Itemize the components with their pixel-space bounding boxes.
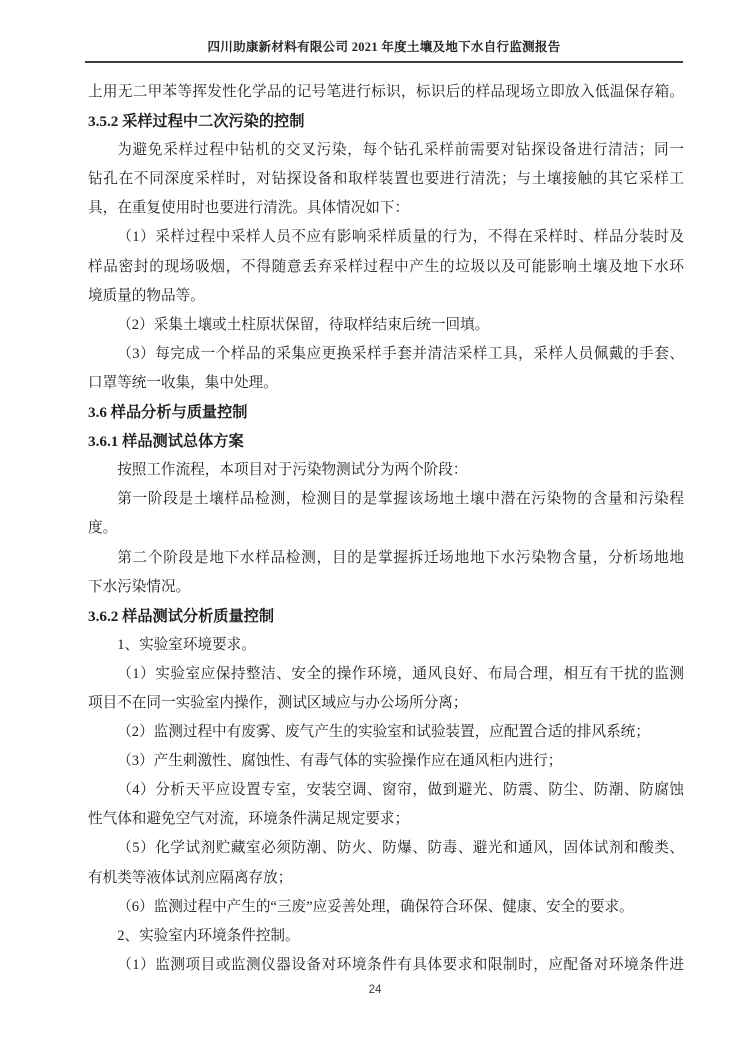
document-page: 四川助康新材料有限公司 2021 年度土壤及地下水自行监测报告 上用无二甲苯等挥… [0, 0, 750, 1061]
text-line: （3）产生刺激性、腐蚀性、有毒气体的实验操作应在通风柜内进行； [88, 747, 684, 776]
header-rule [85, 61, 683, 63]
section-heading: 3.6 样品分析与质量控制 [88, 398, 684, 427]
text-line: 2、实验室内环境条件控制。 [88, 922, 684, 951]
text-line: 1、实验室环境要求。 [88, 631, 684, 660]
section-heading: 3.5.2 采样过程中二次污染的控制 [88, 107, 684, 136]
text-line: （1）监测项目或监测仪器设备对环境条件有具体要求和限制时，应配备对环境条件进 [88, 951, 684, 980]
text-line: 样品密封的现场吸烟，不得随意丢弃采样过程中产生的垃圾以及可能影响土壤及地下水环 [88, 253, 684, 282]
text-line: 有机类等液体试剂应隔离存放； [88, 864, 684, 893]
text-line: 性气体和避免空气对流，环境条件满足规定要求； [88, 805, 684, 834]
text-line: （1）实验室应保持整洁、安全的操作环境，通风良好、布局合理，相互有干扰的监测 [88, 660, 684, 689]
text-line: 境质量的物品等。 [88, 282, 684, 311]
text-line: 口罩等统一收集，集中处理。 [88, 369, 684, 398]
section-heading: 3.6.2 样品测试分析质量控制 [88, 602, 684, 631]
page-number: 24 [0, 984, 750, 996]
text-line: 第二个阶段是地下水样品检测，目的是掌握拆迁场地地下水污染物含量，分析场地地 [88, 544, 684, 573]
text-line: 项目不在同一实验室内操作，测试区域应与办公场所分离； [88, 689, 684, 718]
text-line: （4）分析天平应设置专室，安装空调、窗帘，做到避光、防震、防尘、防潮、防腐蚀 [88, 776, 684, 805]
text-line: 第一阶段是土壤样品检测，检测目的是掌握该场地土壤中潜在污染物的含量和污染程 [88, 485, 684, 514]
text-line: 上用无二甲苯等挥发性化学品的记号笔进行标识，标识后的样品现场立即放入低温保存箱。 [88, 78, 684, 107]
text-line: 度。 [88, 514, 684, 543]
running-header: 四川助康新材料有限公司 2021 年度土壤及地下水自行监测报告 [85, 37, 683, 55]
text-line: （2）监测过程中有废雾、废气产生的实验室和试验装置，应配置合适的排风系统； [88, 718, 684, 747]
text-line: （6）监测过程中产生的“三废”应妥善处理，确保符合环保、健康、安全的要求。 [88, 893, 684, 922]
text-line: 按照工作流程，本项目对于污染物测试分为两个阶段： [88, 456, 684, 485]
text-line: 钻孔在不同深度采样时，对钻探设备和取样装置也要进行清洗；与土壤接触的其它采样工 [88, 165, 684, 194]
text-line: （1）采样过程中采样人员不应有影响采样质量的行为，不得在采样时、样品分装时及 [88, 223, 684, 252]
text-line: （5）化学试剂贮藏室必须防潮、防火、防爆、防毒、避光和通风，固体试剂和酸类、 [88, 834, 684, 863]
text-line: 具，在重复使用时也要进行清洗。具体情况如下： [88, 194, 684, 223]
text-line: 下水污染情况。 [88, 573, 684, 602]
text-line: （3）每完成一个样品的采集应更换采样手套并清洁采样工具，采样人员佩戴的手套、 [88, 340, 684, 369]
text-line: （2）采集土壤或土柱原状保留，待取样结束后统一回填。 [88, 311, 684, 340]
text-line: 为避免采样过程中钻机的交叉污染，每个钻孔采样前需要对钻探设备进行清洁；同一 [88, 136, 684, 165]
section-heading: 3.6.1 样品测试总体方案 [88, 427, 684, 456]
document-body: 上用无二甲苯等挥发性化学品的记号笔进行标识，标识后的样品现场立即放入低温保存箱。… [88, 78, 684, 980]
